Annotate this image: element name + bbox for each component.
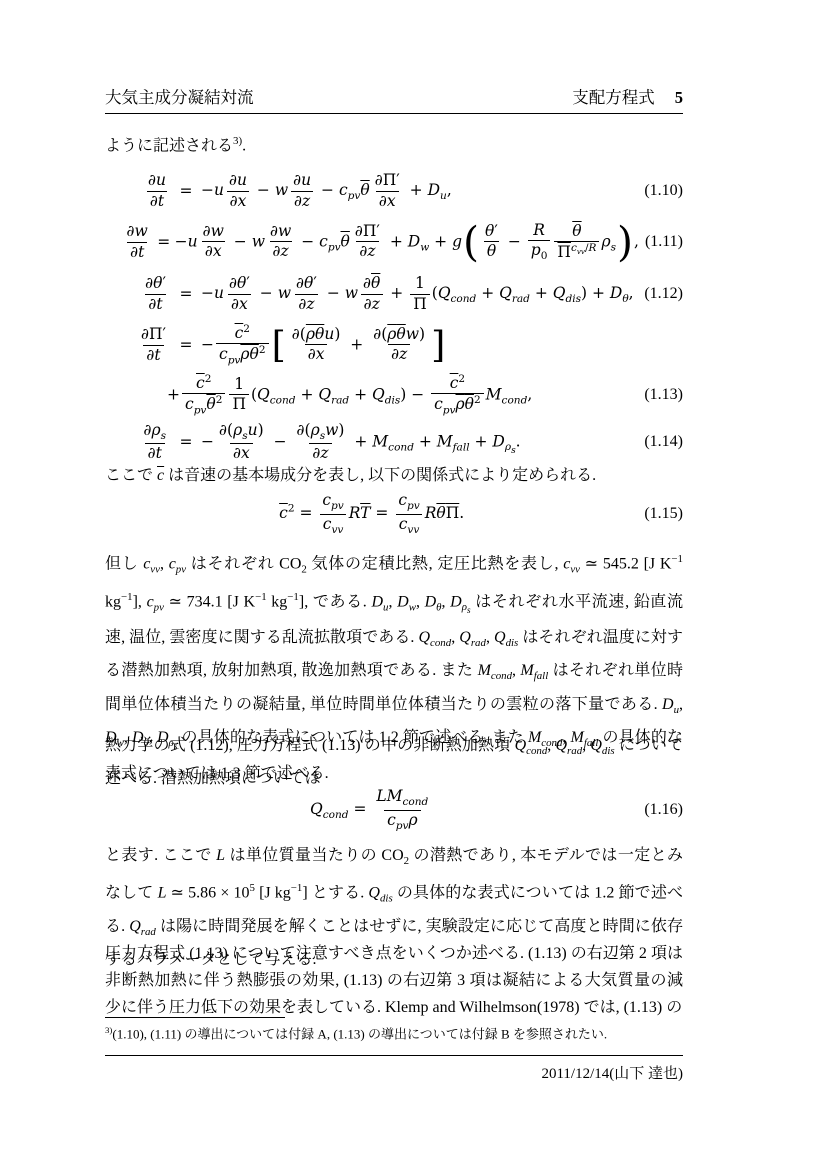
eq-lhs: ∂θ′∂t xyxy=(105,274,171,314)
eq-lhs: ∂u∂t xyxy=(105,171,171,211)
equation-block: ∂u∂t = −u∂u∂x − w∂u∂z − cpvθ∂Π′∂x + Du, … xyxy=(105,168,683,466)
eq-rhs: −u∂w∂x − w∂w∂z − cpvθ∂Π′∂z + Dw + g(θ′θ … xyxy=(175,221,639,264)
eq-lhs: ∂Π′∂t xyxy=(105,325,171,365)
equation-1-13-line1: ∂Π′∂t = −c2cpvρθ2[∂(ρθu)∂x + ∂(ρθw)∂z] xyxy=(105,318,683,372)
eq-rhs: −c2cpvρθ2[∂(ρθu)∂x + ∂(ρθw)∂z] xyxy=(201,323,677,368)
eq-rhs: −u∂u∂x − w∂u∂z − cpvθ∂Π′∂x + Du, xyxy=(201,171,638,211)
equation-1-16: Qcond = LMcondcpvρ (1.16) xyxy=(105,784,683,836)
equation-number: (1.16) xyxy=(644,801,683,819)
footnote: 3)(1.10), (1.11) の導出については付録 A, (1.13) の導… xyxy=(105,1017,683,1042)
intro-paragraph: ように記述される3). xyxy=(105,128,683,159)
footer-date-author: 2011/12/14(山下 達也) xyxy=(541,1066,683,1082)
running-header: 大気主成分凝結対流 支配方程式 5 xyxy=(105,84,683,114)
eq-relation: = xyxy=(171,182,201,200)
equation-number: (1.13) xyxy=(644,386,683,404)
header-right-group: 支配方程式 5 xyxy=(572,84,683,108)
equation-number: (1.11) xyxy=(645,233,683,251)
footnote-rule xyxy=(105,1017,285,1018)
eq-rhs: −u∂θ′∂x − w∂θ′∂z − w∂θ∂z + 1Π(Qcond + Qr… xyxy=(201,274,638,314)
paragraph-pressure-equation: 圧力方程式 (1.13) について注意すべき点をいくつか述べる. (1.13) … xyxy=(105,940,683,1021)
eq-relation: = xyxy=(171,433,201,451)
equation-number: (1.12) xyxy=(644,285,683,303)
header-section-title: 支配方程式 xyxy=(572,84,655,108)
equation-number: (1.14) xyxy=(644,433,683,451)
equation-1-15: c2 = cpvcvvRT = cpvcvvRθΠ. (1.15) xyxy=(105,490,683,538)
eq-body: Qcond = LMcondcpvρ xyxy=(105,787,638,833)
equation-1-13-line2: +c2cpvθ21Π(Qcond + Qrad + Qdis) − c2cpvρ… xyxy=(105,372,683,418)
equation-number: (1.15) xyxy=(644,505,683,523)
eq-relation: = xyxy=(153,233,175,251)
eq-body: c2 = cpvcvvRT = cpvcvvRθΠ. xyxy=(105,491,638,537)
equation-1-10: ∂u∂t = −u∂u∂x − w∂u∂z − cpvθ∂Π′∂x + Du, … xyxy=(105,168,683,214)
header-left-title: 大気主成分凝結対流 xyxy=(105,84,254,108)
eq-lhs: ∂ρs∂t xyxy=(105,421,171,464)
page-number: 5 xyxy=(675,88,683,108)
eq-relation: = xyxy=(171,336,201,354)
eq-lhs: ∂w∂t xyxy=(105,222,153,262)
eq-rhs: +c2cpvθ21Π(Qcond + Qrad + Qdis) − c2cpvρ… xyxy=(167,373,638,418)
equation-1-12: ∂θ′∂t = −u∂θ′∂x − w∂θ′∂z − w∂θ∂z + 1Π(Qc… xyxy=(105,270,683,318)
paragraph-sound-speed: ここで c は音速の基本場成分を表し, 以下の関係式により定められる. xyxy=(105,462,683,489)
equation-number: (1.10) xyxy=(644,182,683,200)
equation-1-14: ∂ρs∂t = −∂(ρsu)∂x − ∂(ρsw)∂z + Mcond + M… xyxy=(105,418,683,466)
document-page: 大気主成分凝結対流 支配方程式 5 ように記述される3). ∂u∂t = −u∂… xyxy=(0,0,826,1169)
eq-rhs: −∂(ρsu)∂x − ∂(ρsw)∂z + Mcond + Mfall + D… xyxy=(201,421,638,464)
footnote-text: 3)(1.10), (1.11) の導出については付録 A, (1.13) の導… xyxy=(105,1022,683,1042)
equation-1-11: ∂w∂t = −u∂w∂x − w∂w∂z − cpvθ∂Π′∂z + Dw +… xyxy=(105,214,683,270)
page-footer: 2011/12/14(山下 達也) xyxy=(105,1055,683,1083)
eq-relation: = xyxy=(171,285,201,303)
